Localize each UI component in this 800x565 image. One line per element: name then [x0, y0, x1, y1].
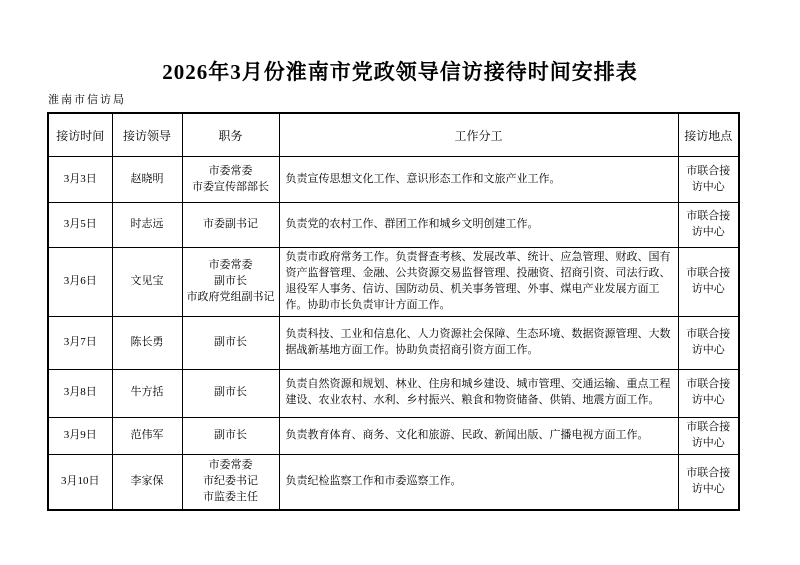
leader-cell: 牛方括 [112, 369, 182, 417]
table-row: 3月10日李家保市委常委市纪委书记市监委主任负责纪检监察工作和市委巡察工作。市联… [48, 454, 739, 510]
schedule-table: 接访时间接访领导职务工作分工接访地点 3月3日赵晓明市委常委市委宣传部部长负责宣… [47, 112, 740, 511]
date-cell: 3月10日 [48, 454, 112, 510]
column-header: 接访领导 [112, 113, 182, 157]
date-cell: 3月3日 [48, 157, 112, 203]
header-row: 接访时间接访领导职务工作分工接访地点 [48, 113, 739, 157]
duty-cell: 负责党的农村工作、群团工作和城乡文明创建工作。 [279, 203, 678, 248]
location-cell: 市联合接访中心 [678, 203, 739, 248]
leader-cell: 陈长勇 [112, 316, 182, 369]
position-cell: 市委副书记 [182, 203, 279, 248]
location-cell: 市联合接访中心 [678, 454, 739, 510]
page-title: 2026年3月份淮南市党政领导信访接待时间安排表 [0, 56, 800, 86]
duty-cell: 负责自然资源和规划、林业、住房和城乡建设、城市管理、交通运输、重点工程建设、农业… [279, 369, 678, 417]
table-row: 3月3日赵晓明市委常委市委宣传部部长负责宣传思想文化工作、意识形态工作和文旅产业… [48, 157, 739, 203]
column-header: 职务 [182, 113, 279, 157]
position-cell: 副市长 [182, 316, 279, 369]
location-cell: 市联合接访中心 [678, 316, 739, 369]
date-cell: 3月5日 [48, 203, 112, 248]
location-cell: 市联合接访中心 [678, 157, 739, 203]
table-row: 3月6日文见宝市委常委副市长市政府党组副书记负责市政府常务工作。负责督查考核、发… [48, 248, 739, 317]
position-cell: 市委常委市纪委书记市监委主任 [182, 454, 279, 510]
location-cell: 市联合接访中心 [678, 248, 739, 317]
location-cell: 市联合接访中心 [678, 369, 739, 417]
column-header: 工作分工 [279, 113, 678, 157]
leader-cell: 时志远 [112, 203, 182, 248]
table-row: 3月9日范伟军副市长负责教育体育、商务、文化和旅游、民政、新闻出版、广播电视方面… [48, 417, 739, 454]
date-cell: 3月6日 [48, 248, 112, 317]
duty-cell: 负责市政府常务工作。负责督查考核、发展改革、统计、应急管理、财政、国有资产监督管… [279, 248, 678, 317]
table-row: 3月7日陈长勇副市长负责科技、工业和信息化、人力资源社会保障、生态环境、数据资源… [48, 316, 739, 369]
duty-cell: 负责宣传思想文化工作、意识形态工作和文旅产业工作。 [279, 157, 678, 203]
agency-label: 淮南市信访局 [48, 91, 126, 107]
duty-cell: 负责科技、工业和信息化、人力资源社会保障、生态环境、数据资源管理、大数据战新基地… [279, 316, 678, 369]
leader-cell: 赵晓明 [112, 157, 182, 203]
position-cell: 副市长 [182, 369, 279, 417]
date-cell: 3月9日 [48, 417, 112, 454]
position-cell: 市委常委市委宣传部部长 [182, 157, 279, 203]
column-header: 接访时间 [48, 113, 112, 157]
position-cell: 副市长 [182, 417, 279, 454]
schedule-table-body: 3月3日赵晓明市委常委市委宣传部部长负责宣传思想文化工作、意识形态工作和文旅产业… [48, 157, 739, 510]
table-row: 3月5日时志远市委副书记负责党的农村工作、群团工作和城乡文明创建工作。市联合接访… [48, 203, 739, 248]
leader-cell: 范伟军 [112, 417, 182, 454]
duty-cell: 负责教育体育、商务、文化和旅游、民政、新闻出版、广播电视方面工作。 [279, 417, 678, 454]
location-cell: 市联合接访中心 [678, 417, 739, 454]
date-cell: 3月8日 [48, 369, 112, 417]
table-row: 3月8日牛方括副市长负责自然资源和规划、林业、住房和城乡建设、城市管理、交通运输… [48, 369, 739, 417]
column-header: 接访地点 [678, 113, 739, 157]
position-cell: 市委常委副市长市政府党组副书记 [182, 248, 279, 317]
date-cell: 3月7日 [48, 316, 112, 369]
duty-cell: 负责纪检监察工作和市委巡察工作。 [279, 454, 678, 510]
leader-cell: 文见宝 [112, 248, 182, 317]
leader-cell: 李家保 [112, 454, 182, 510]
